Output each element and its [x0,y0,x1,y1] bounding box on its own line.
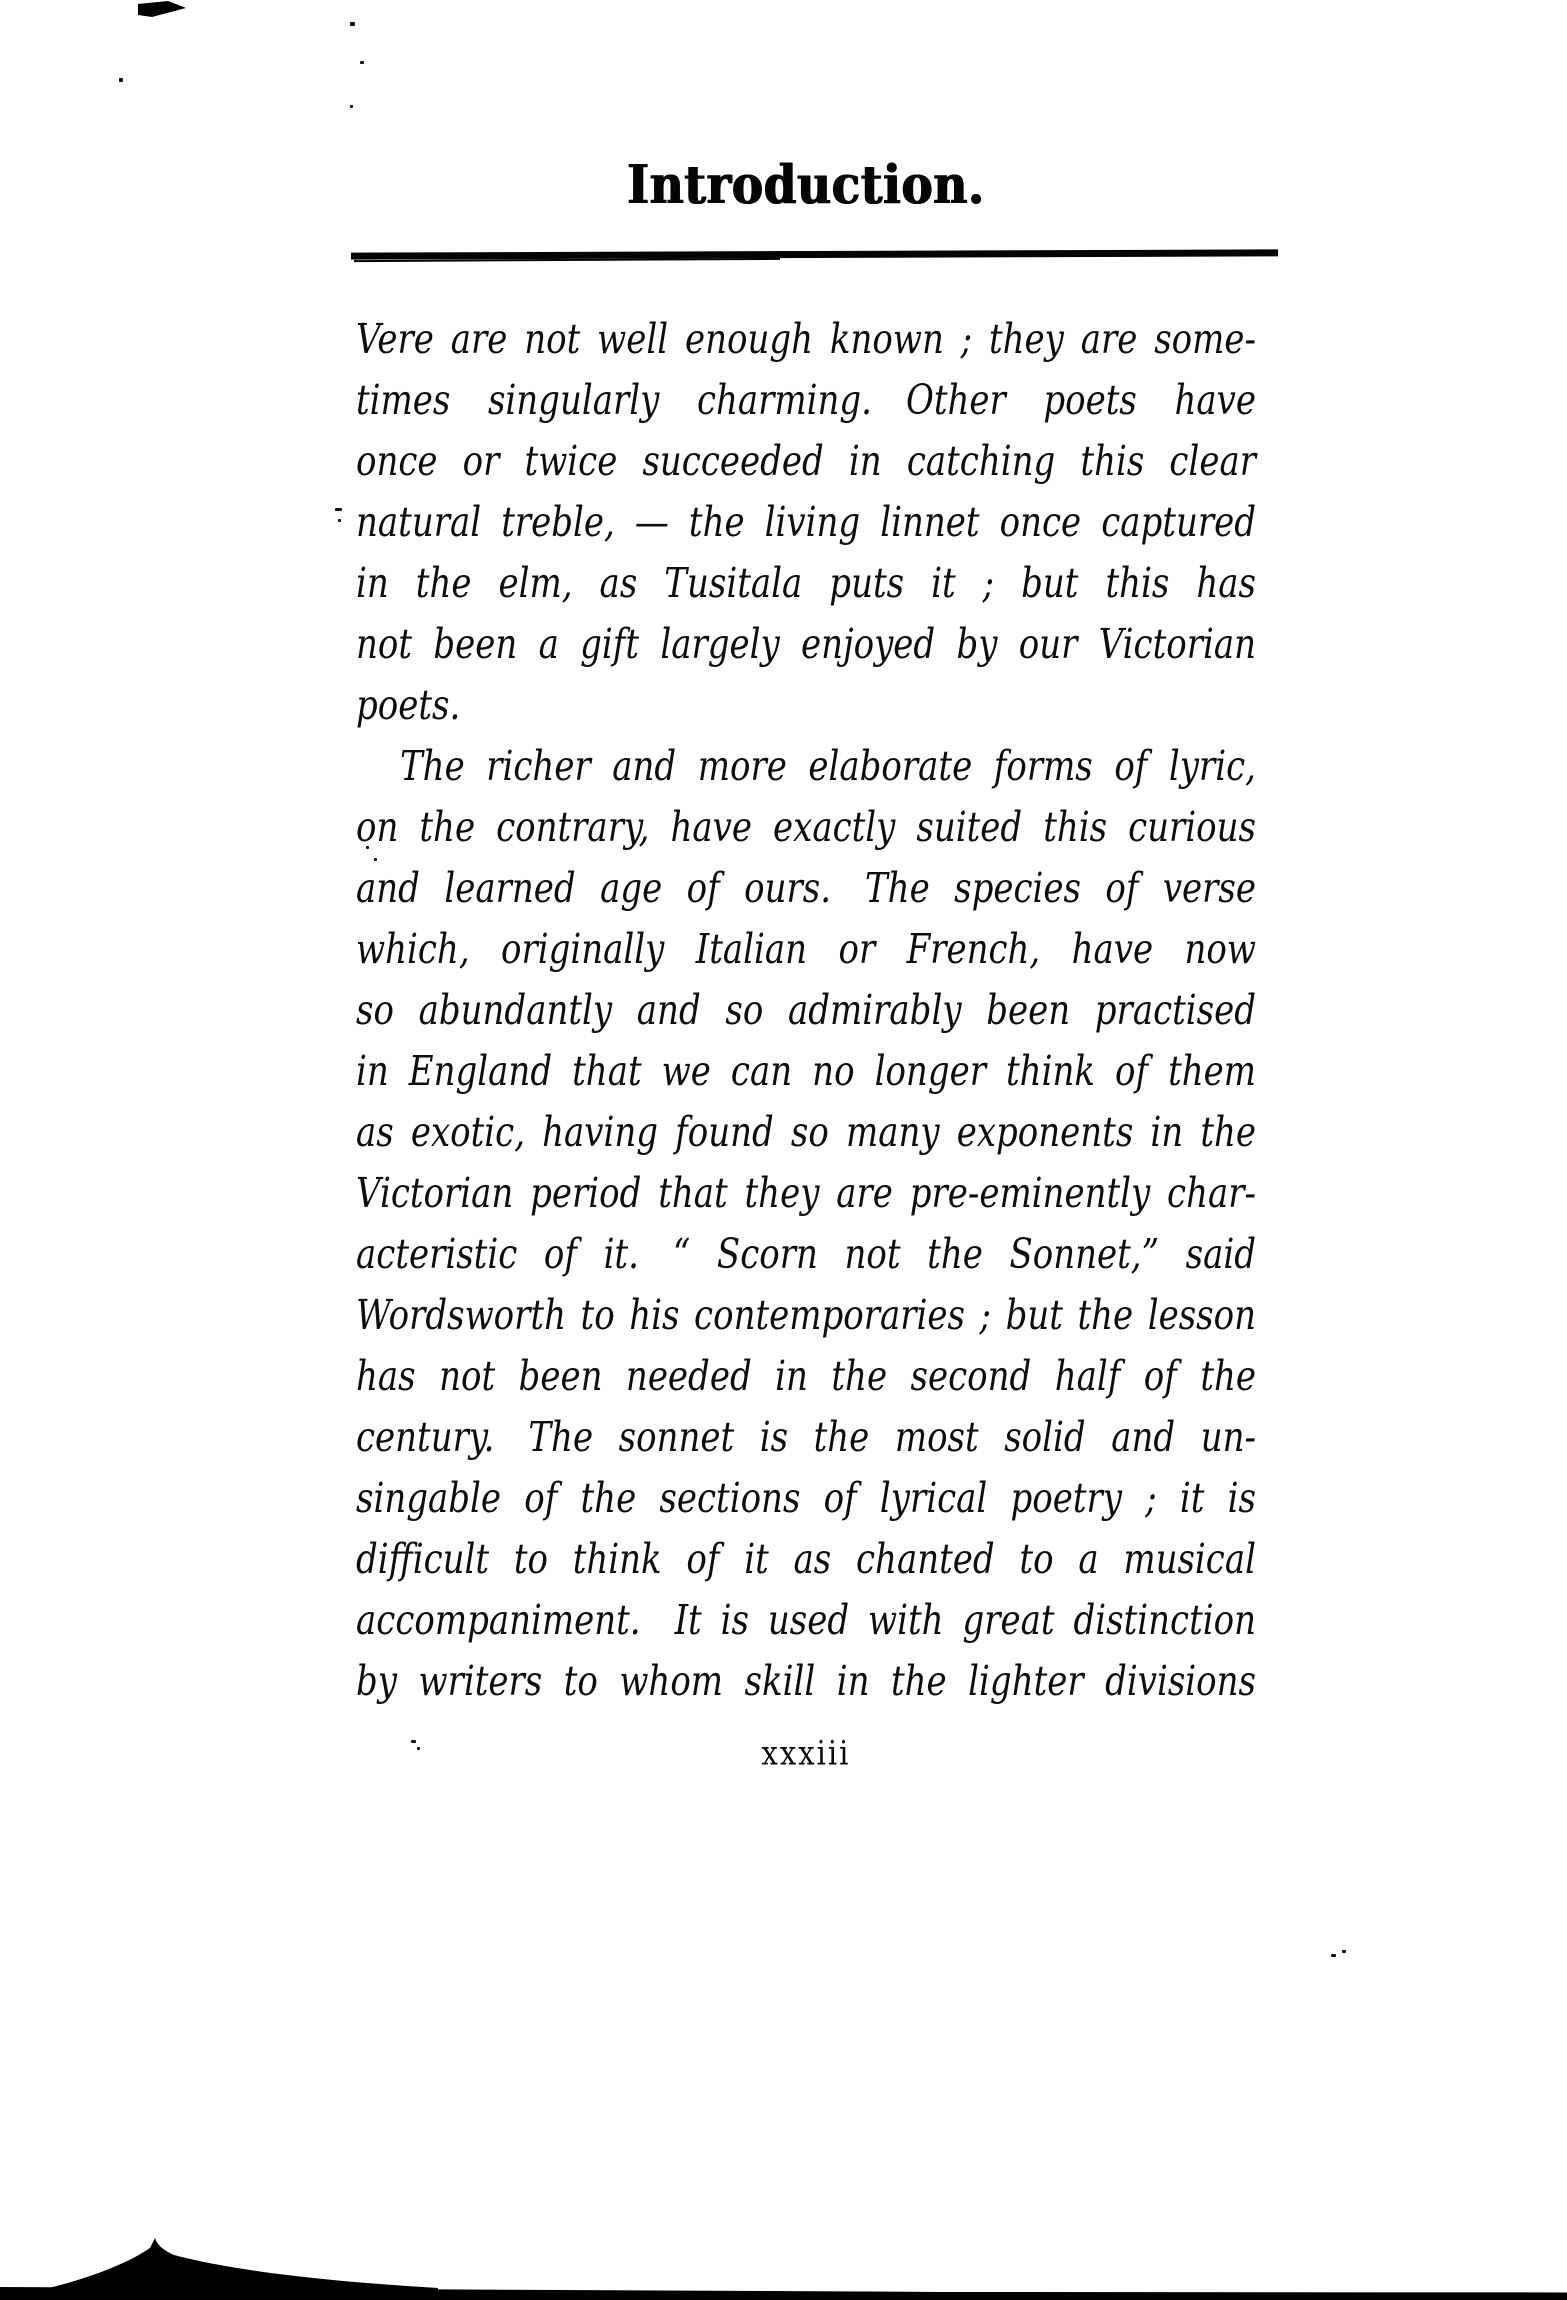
page-title: Introduction. [356,154,1256,217]
ink-speck [1342,1950,1346,1953]
page-number: xxxiii [356,1733,1256,1772]
ink-speck [417,1747,420,1750]
ink-speck [350,22,355,26]
ink-speck [338,519,341,522]
ink-speck [350,105,353,108]
ink-speck [1331,1954,1336,1957]
scan-artifact-top-left-wedge [138,1,186,18]
ink-speck [335,508,342,511]
heading-rule [351,249,1278,261]
heading-rule-main [351,249,1278,259]
scanned-book-page: Introduction. Vere are not well enough k… [0,0,1567,2300]
body-text: Vere are not well enough known ; they ar… [356,310,1256,1713]
scan-artifact-bottom-edge [0,2287,1567,2300]
text-line: by writers to whom skill in the lighter … [356,1646,1256,1719]
ink-speck [366,846,369,849]
ink-speck [119,78,123,82]
ink-speck [411,1740,416,1743]
ink-speck [374,858,377,861]
ink-speck [360,61,364,64]
